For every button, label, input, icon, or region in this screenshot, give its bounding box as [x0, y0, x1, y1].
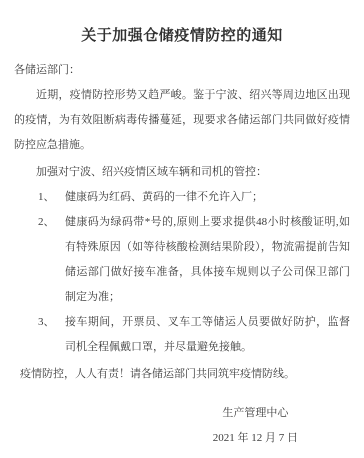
- salutation: 各储运部门：: [14, 58, 350, 83]
- signature-block: 生产管理中心 2021 年 12 月 7 日: [213, 401, 298, 451]
- list-item: 3、 接车期间，开票员、叉车工等储运人员要做好防护，监督司机全程佩戴口罩，并尽量…: [38, 310, 350, 360]
- date: 2021 年 12 月 7 日: [213, 426, 298, 451]
- list-item: 1、 健康码为红码、黄码的一律不允许入厂；: [38, 185, 350, 210]
- section-heading: 加强对宁波、绍兴疫情区域车辆和司机的管控：: [14, 160, 350, 185]
- intro-paragraph: 近期，疫情防控形势又趋严峻。鉴于宁波、绍兴等周边地区出现的疫情，为有效阻断病毒传…: [14, 83, 350, 158]
- list-item: 2、 健康码为绿码带*号的,原则上要求提供48小时核酸证明,如有特殊原因（如等待…: [38, 210, 350, 310]
- closing-paragraph: 疫情防控，人人有责！请各储运部门共同筑牢疫情防线。: [14, 362, 350, 387]
- item-text: 健康码为红码、黄码的一律不允许入厂；: [65, 185, 350, 210]
- item-text: 接车期间，开票员、叉车工等储运人员要做好防护，监督司机全程佩戴口罩，并尽量避免接…: [65, 310, 350, 360]
- signature: 生产管理中心: [213, 401, 298, 426]
- notice-document: 关于加强仓储疫情防控的通知 各储运部门： 近期，疫情防控形势又趋严峻。鉴于宁波、…: [0, 0, 364, 458]
- item-text: 健康码为绿码带*号的,原则上要求提供48小时核酸证明,如有特殊原因（如等待核酸检…: [65, 210, 350, 310]
- item-number: 3、: [38, 310, 65, 335]
- item-number: 1、: [38, 185, 65, 210]
- item-number: 2、: [38, 210, 65, 235]
- document-title: 关于加强仓储疫情防控的通知: [14, 26, 350, 46]
- measures-list: 1、 健康码为红码、黄码的一律不允许入厂； 2、 健康码为绿码带*号的,原则上要…: [38, 185, 350, 360]
